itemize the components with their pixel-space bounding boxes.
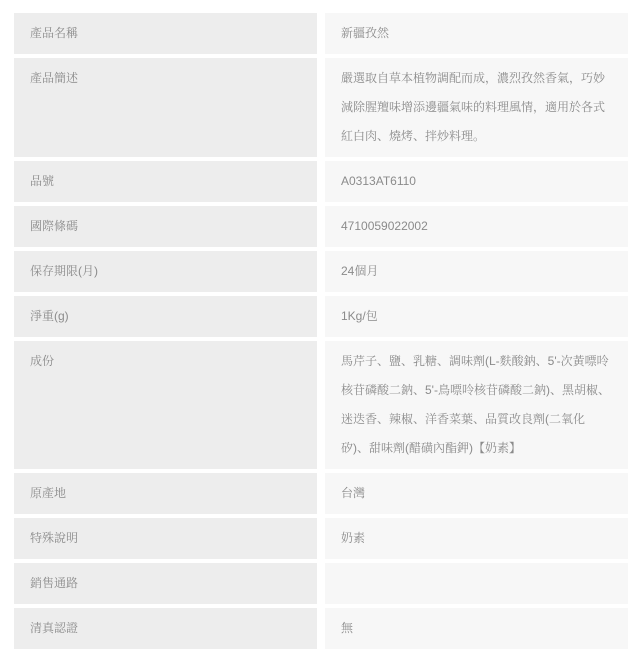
halal-certification-label: 清真認證 [14,608,317,649]
origin-label: 原產地 [14,473,317,514]
product-number-value: A0313AT6110 [325,161,628,202]
net-weight-label: 淨重(g) [14,296,317,337]
barcode-label: 國際條碼 [14,206,317,247]
sales-channel-value [325,563,628,604]
spec-row-shelf-life: 保存期限(月) 24個月 [14,251,628,292]
spec-row-net-weight: 淨重(g) 1Kg/包 [14,296,628,337]
product-description-value: 嚴選取自草本植物調配而成，濃烈孜然香氣，巧妙減除腥羶味增添邊疆氣味的料理風情，適… [325,58,628,157]
spec-row-product-name: 產品名稱 新疆孜然 [14,13,628,54]
shelf-life-value: 24個月 [325,251,628,292]
spec-row-product-number: 品號 A0313AT6110 [14,161,628,202]
sales-channel-label: 銷售通路 [14,563,317,604]
origin-value: 台灣 [325,473,628,514]
product-name-value: 新疆孜然 [325,13,628,54]
ingredients-label: 成份 [14,341,317,469]
halal-certification-value: 無 [325,608,628,649]
spec-row-ingredients: 成份 馬芹子、鹽、乳糖、調味劑(L-麩酸鈉、5'-次黃嘌呤核苷磷酸二鈉、5'-鳥… [14,341,628,469]
product-name-label: 產品名稱 [14,13,317,54]
special-note-value: 奶素 [325,518,628,559]
product-description-label: 產品簡述 [14,58,317,157]
spec-row-barcode: 國際條碼 4710059022002 [14,206,628,247]
shelf-life-label: 保存期限(月) [14,251,317,292]
spec-row-halal-certification: 清真認證 無 [14,608,628,649]
barcode-value: 4710059022002 [325,206,628,247]
product-spec-table: 產品名稱 新疆孜然 產品簡述 嚴選取自草本植物調配而成，濃烈孜然香氣，巧妙減除腥… [14,13,628,649]
spec-row-origin: 原產地 台灣 [14,473,628,514]
spec-row-special-note: 特殊說明 奶素 [14,518,628,559]
ingredients-value: 馬芹子、鹽、乳糖、調味劑(L-麩酸鈉、5'-次黃嘌呤核苷磷酸二鈉、5'-鳥嘌呤核… [325,341,628,469]
net-weight-value: 1Kg/包 [325,296,628,337]
special-note-label: 特殊說明 [14,518,317,559]
product-number-label: 品號 [14,161,317,202]
spec-row-product-description: 產品簡述 嚴選取自草本植物調配而成，濃烈孜然香氣，巧妙減除腥羶味增添邊疆氣味的料… [14,58,628,157]
spec-row-sales-channel: 銷售通路 [14,563,628,604]
